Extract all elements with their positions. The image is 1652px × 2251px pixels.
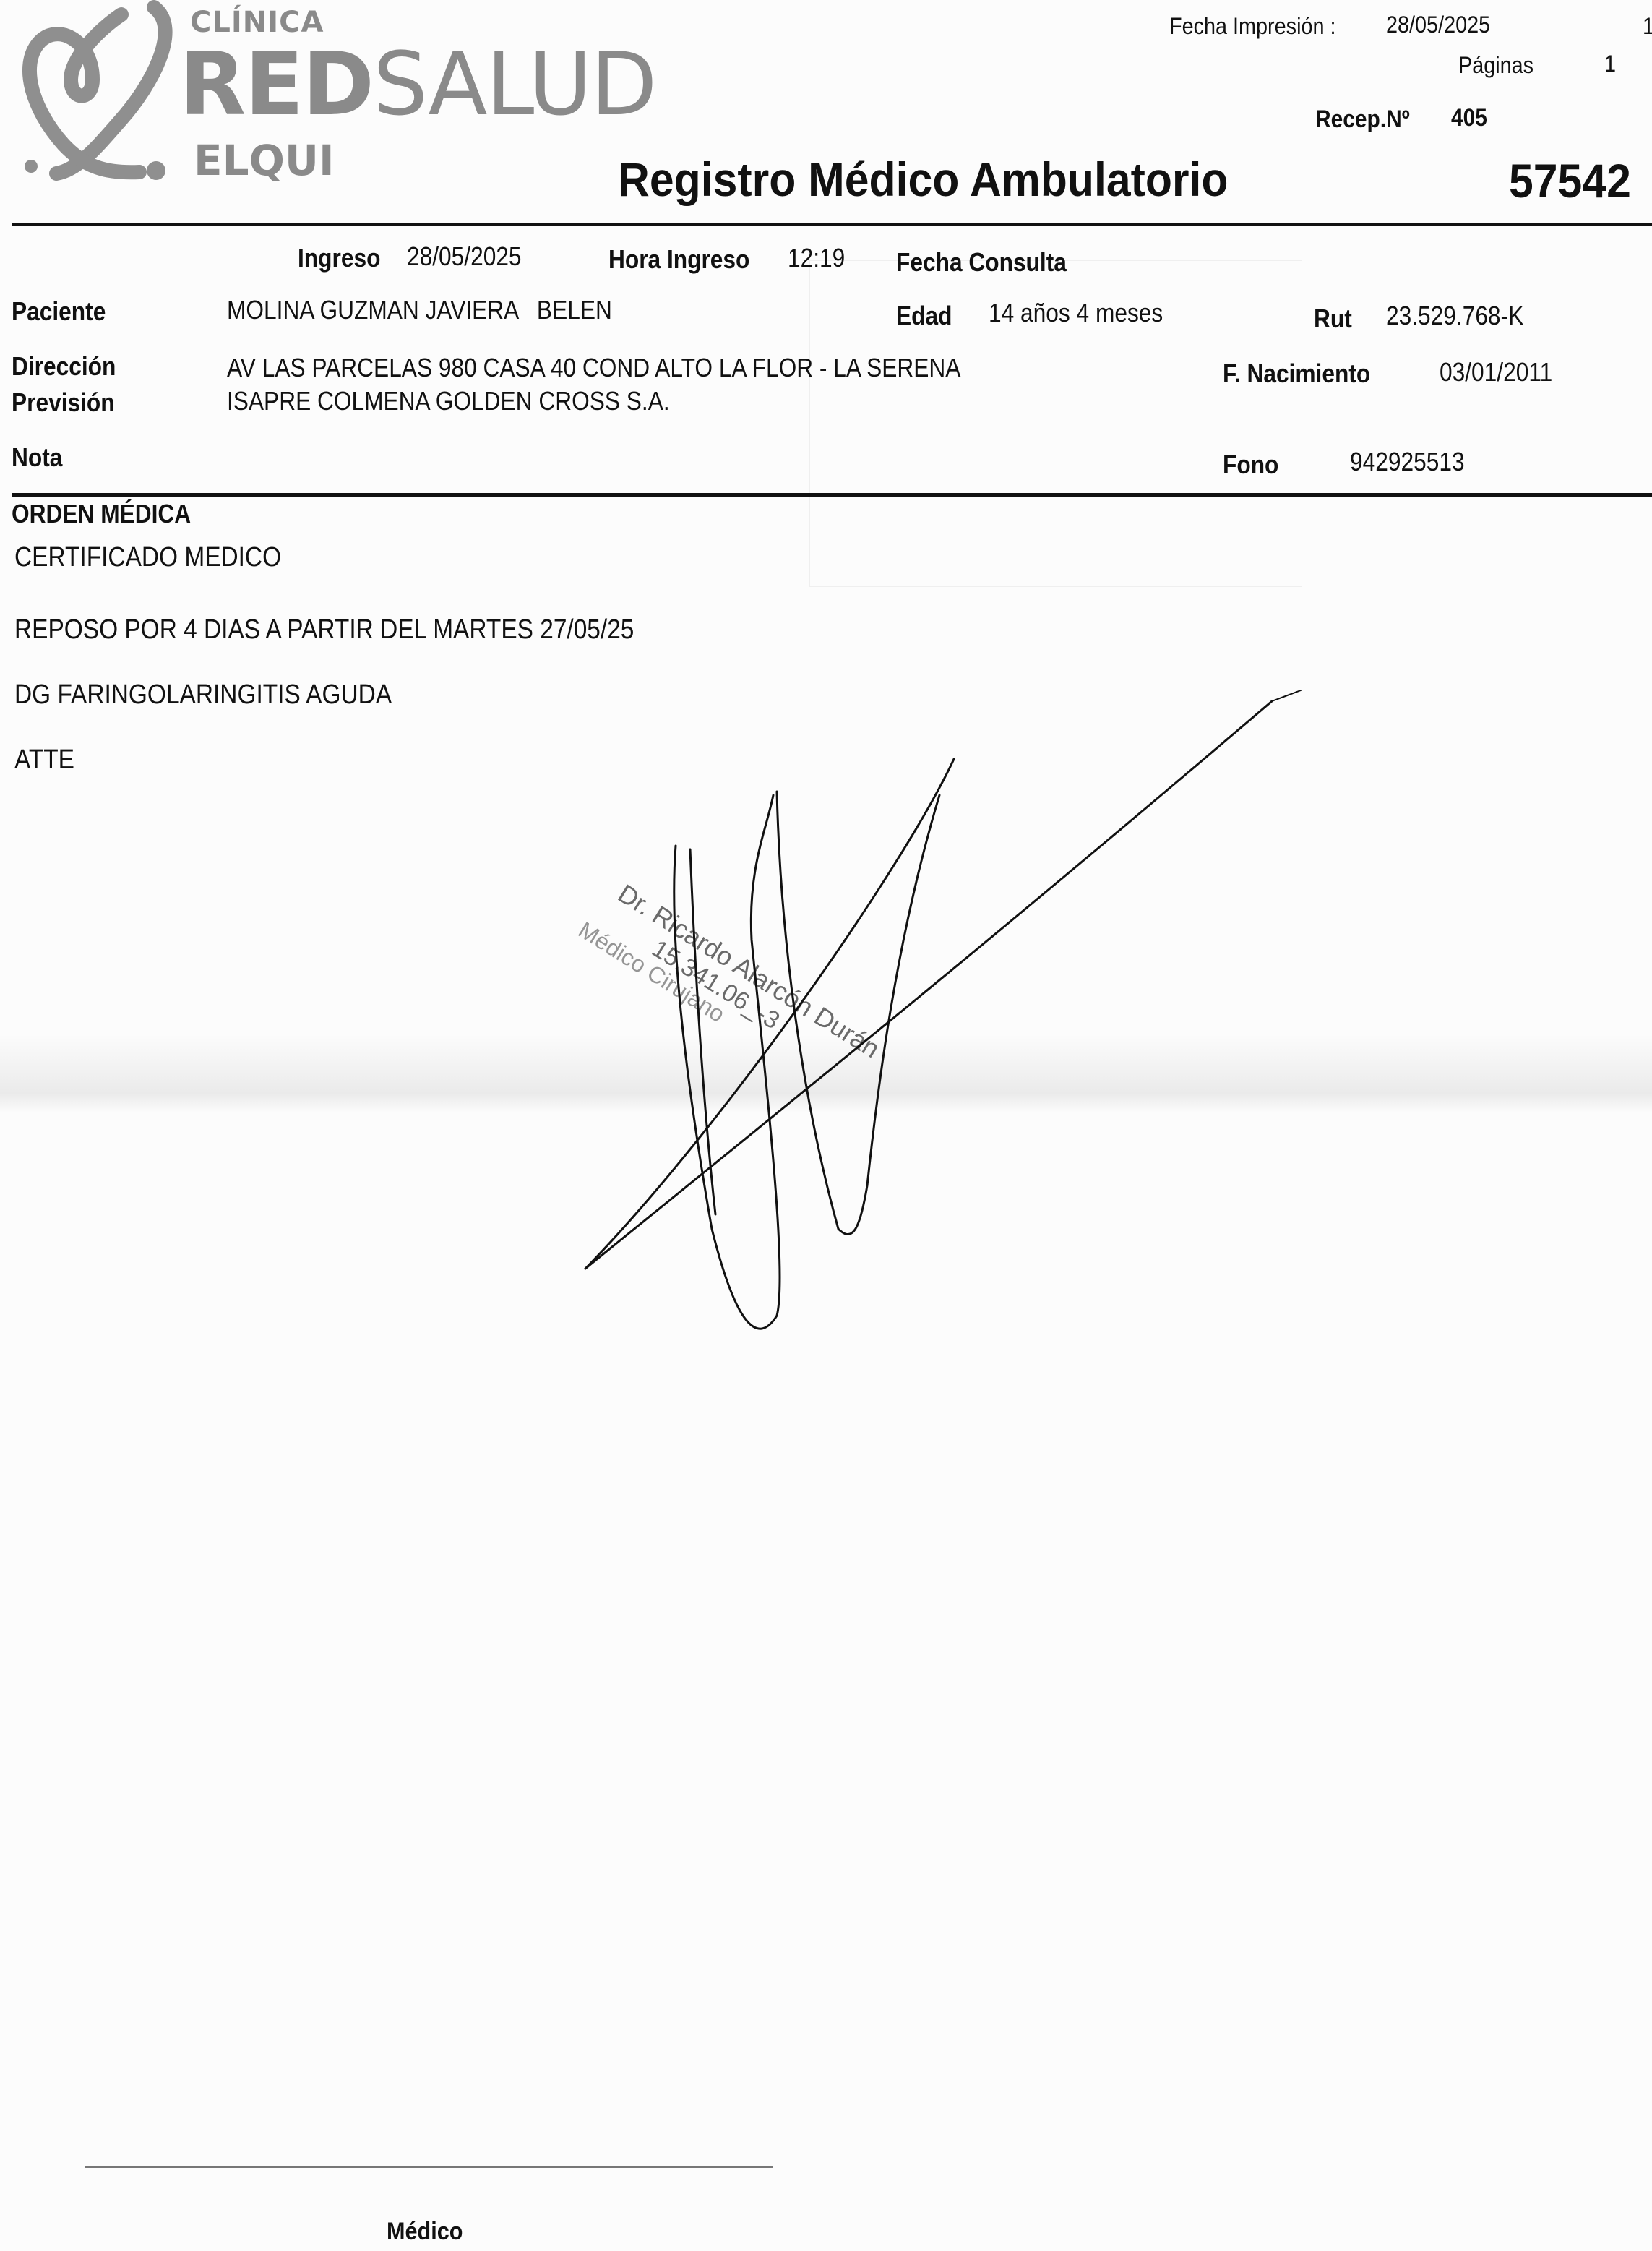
logo-elqui-text: ELQUI — [194, 136, 335, 185]
orden-medica-heading: ORDEN MÉDICA — [12, 499, 191, 529]
rut-value: 23.529.768-K — [1386, 301, 1523, 331]
record-number: 57542 — [1509, 153, 1631, 208]
logo-redsalud-text: REDSALUD — [179, 42, 656, 129]
heart-ribbon-icon — [13, 0, 186, 195]
edad-label: Edad — [896, 301, 952, 331]
header-divider — [12, 223, 1652, 226]
hora-ingreso-value: 12:19 — [788, 243, 845, 273]
ingreso-value: 28/05/2025 — [407, 241, 522, 272]
fecha-consulta-label: Fecha Consulta — [896, 247, 1067, 278]
patient-divider — [12, 493, 1652, 497]
logo-red-part: RED — [179, 35, 373, 135]
direccion-value: AV LAS PARCELAS 980 CASA 40 COND ALTO LA… — [227, 353, 960, 383]
nota-label: Nota — [12, 442, 62, 473]
print-date-value: 28/05/2025 — [1386, 12, 1490, 38]
page-title: Registro Médico Ambulatorio — [618, 152, 1229, 207]
clinic-logo: CLÍNICA REDSALUD ELQUI — [13, 0, 548, 195]
paciente-value: MOLINA GUZMAN JAVIERA BELEN — [227, 295, 612, 325]
reception-label: Recep.Nº — [1315, 106, 1410, 134]
pages-label: Páginas — [1458, 52, 1533, 79]
pages-value: 1 — [1604, 51, 1616, 77]
direccion-label: Dirección — [12, 351, 116, 382]
order-line: REPOSO POR 4 DIAS A PARTIR DEL MARTES 27… — [14, 614, 634, 646]
prevision-value: ISAPRE COLMENA GOLDEN CROSS S.A. — [227, 386, 670, 416]
order-line: DG FARINGOLARINGITIS AGUDA — [14, 679, 392, 711]
rut-label: Rut — [1314, 304, 1352, 334]
order-line: ATTE — [14, 745, 74, 776]
hora-ingreso-label: Hora Ingreso — [608, 244, 749, 275]
prevision-label: Previsión — [12, 387, 115, 418]
ingreso-label: Ingreso — [298, 243, 380, 273]
order-line: CERTIFICADO MEDICO — [14, 542, 281, 573]
reception-number: 405 — [1451, 104, 1487, 132]
fono-value: 942925513 — [1350, 447, 1465, 477]
corner-page-number: 1 — [1643, 13, 1652, 40]
logo-salud-part: SALUD — [373, 35, 656, 135]
nacimiento-value: 03/01/2011 — [1440, 357, 1552, 387]
signature-caption: Médico — [387, 2218, 463, 2246]
nacimiento-label: F. Nacimiento — [1223, 359, 1370, 389]
paciente-label: Paciente — [12, 296, 106, 327]
print-date-label: Fecha Impresión : — [1169, 13, 1335, 40]
fono-label: Fono — [1223, 450, 1278, 480]
edad-value: 14 años 4 meses — [989, 298, 1163, 328]
signature-line — [85, 2166, 773, 2168]
